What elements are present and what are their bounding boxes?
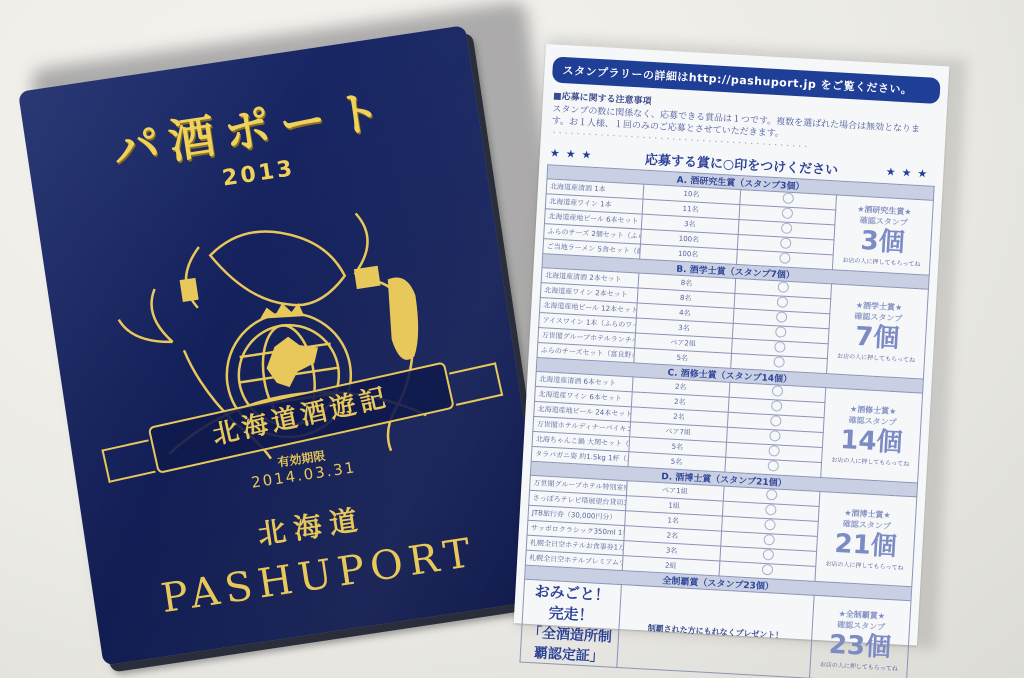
circle-icon — [774, 341, 786, 353]
circle-icon — [770, 415, 782, 427]
circle-icon — [765, 504, 777, 516]
passport-booklet: パ酒ポート 2013 北海道酒遊記 有効期限 2014.03.31 北海道 PA… — [18, 25, 551, 665]
circle-icon — [767, 460, 779, 472]
circle-icon — [781, 222, 793, 234]
circle-icon — [782, 207, 794, 219]
circle-icon — [773, 356, 785, 368]
stamp-count: 14個 — [826, 424, 917, 459]
circle-icon — [766, 489, 778, 501]
stamp-count: 7個 — [832, 320, 923, 355]
circle-icon — [777, 281, 789, 293]
circle-icon — [762, 564, 774, 576]
circle-icon — [775, 326, 787, 338]
prize-table: A. 酒研究生賞（スタンプ3個） 北海道産清酒 1本 10名 ★酒研究生賞★ 確… — [519, 164, 934, 678]
stamp-box: ★酒研究生賞★ 確認スタンプ 3個 お店の人に押してもらってね — [833, 195, 934, 275]
final-prize-note: 制覇された方にもれなくプレゼント！ — [617, 585, 815, 678]
final-line-1: おみごと！完走！ — [526, 580, 618, 627]
circle-icon — [779, 252, 791, 264]
circle-icon — [768, 445, 780, 457]
stamp-count: 3個 — [837, 224, 928, 259]
star-icons: ★★★ — [550, 146, 598, 162]
circle-icon — [780, 237, 792, 249]
circle-icon — [772, 385, 784, 397]
circle-icon — [782, 192, 794, 204]
final-prize-text: おみごと！完走！ 「全酒造所制覇認定証」 — [520, 579, 621, 667]
circle-icon — [762, 549, 774, 561]
circle-icon — [763, 534, 775, 546]
circle-icon — [776, 311, 788, 323]
final-line-2: 「全酒造所制覇認定証」 — [523, 622, 615, 667]
circle-icon — [771, 400, 783, 412]
stamp-rally-leaflet: スタンプラリーの詳細はhttp://pashuport.jp をご覧ください。 … — [514, 44, 950, 646]
stamp-box: ★全制覇賞★ 確認スタンプ 23個 お店の人に押してもらってね — [810, 595, 911, 678]
stamp-box: ★酒修士賞★ 確認スタンプ 14個 お店の人に押してもらってね — [821, 388, 923, 483]
circle-icon — [777, 296, 789, 308]
stamp-count: 23個 — [814, 628, 905, 663]
stamp-box: ★酒学士賞★ 確認スタンプ 7個 お店の人に押してもらってね — [827, 284, 929, 379]
circle-icon — [769, 430, 781, 442]
stamp-count: 21個 — [820, 528, 911, 563]
circle-icon — [764, 519, 776, 531]
stamp-box: ★酒博士賞★ 確認スタンプ 21個 お店の人に押してもらってね — [815, 492, 917, 587]
star-icons: ★★★ — [885, 165, 933, 181]
